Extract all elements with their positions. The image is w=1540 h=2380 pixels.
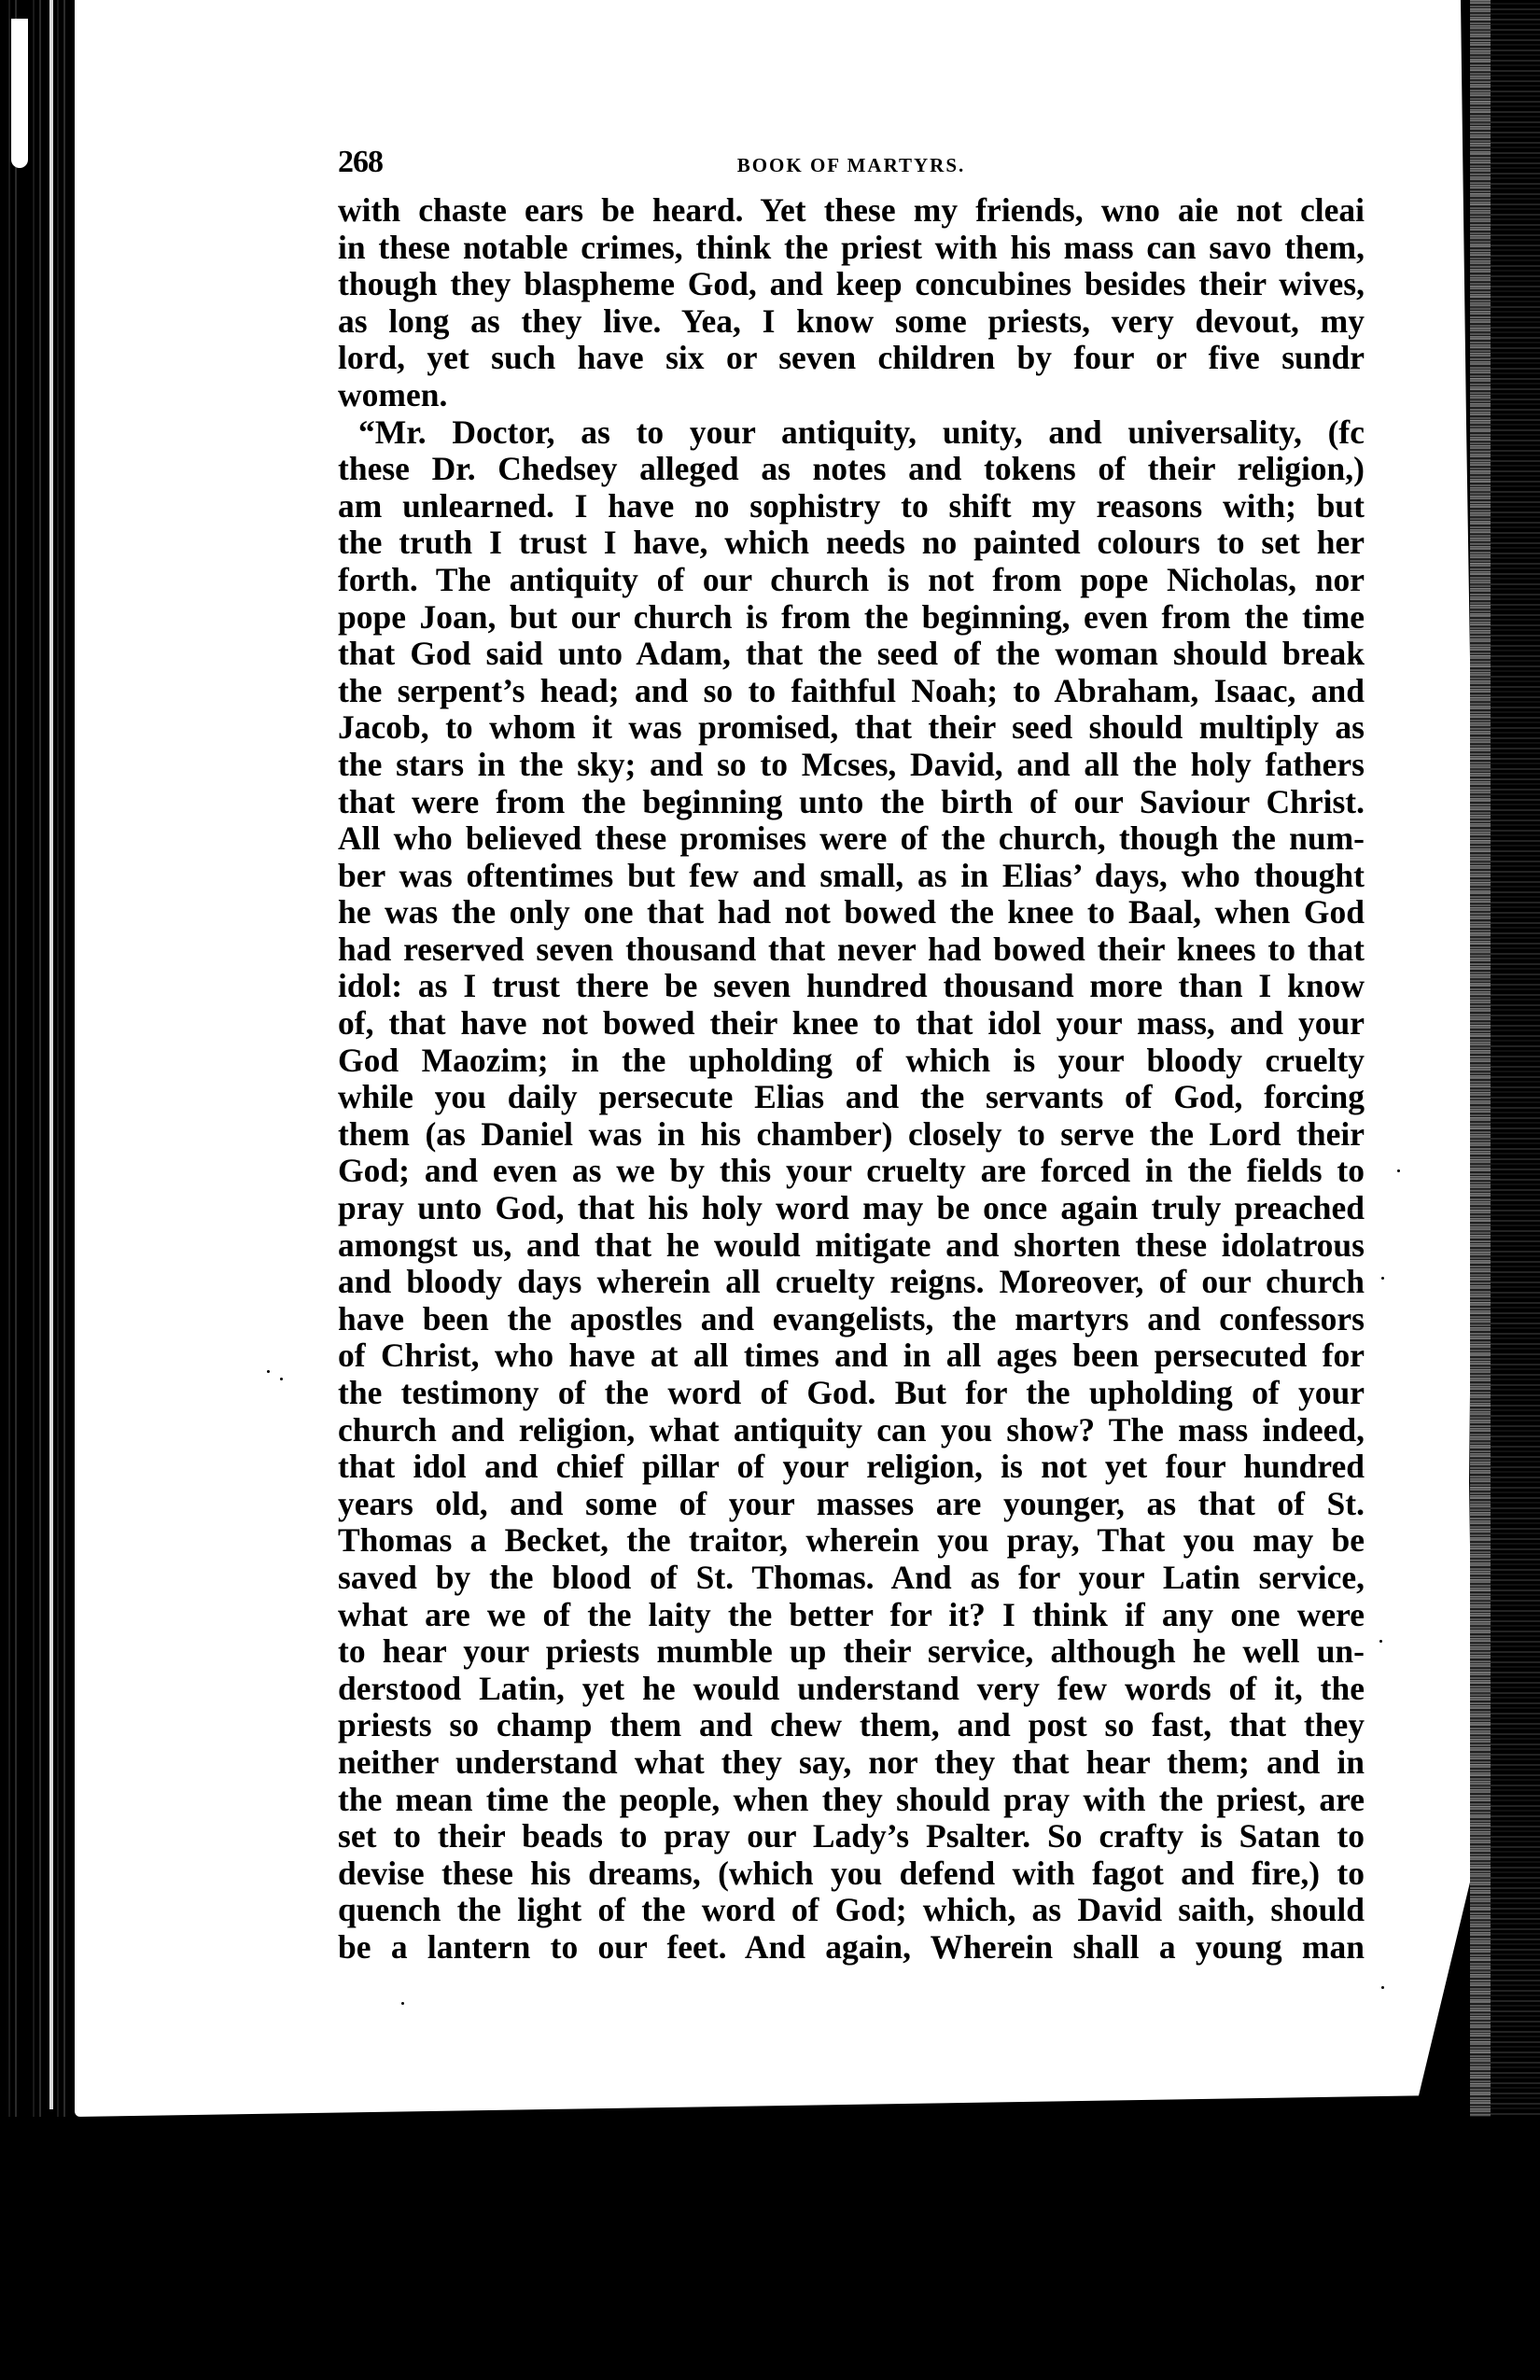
text-line: though they blaspheme God, and keep conc… <box>338 266 1365 303</box>
scan-speck <box>1397 1169 1400 1172</box>
running-title: BOOK OF MARTYRS. <box>338 154 1365 177</box>
scan-bottom-border <box>0 2117 1540 2380</box>
scan-speck <box>1381 1277 1384 1280</box>
text-line: Jacob, to whom it was promised, that the… <box>338 709 1365 747</box>
text-line: that idol and chief pillar of your relig… <box>338 1449 1365 1486</box>
text-line: the truth I trust I have, which needs no… <box>338 525 1365 562</box>
text-line: what are we of the laity the better for … <box>338 1597 1365 1634</box>
text-line: to hear your priests mumble up their ser… <box>338 1633 1365 1671</box>
book-binding-edge <box>0 0 73 2119</box>
binding-gutter-line <box>49 0 53 2109</box>
text-line: pray unto God, that his holy word may be… <box>338 1190 1365 1227</box>
text-line: as long as they live. Yea, I know some p… <box>338 303 1365 341</box>
text-line: he was the only one that had not bowed t… <box>338 894 1365 931</box>
text-line: pope Joan, but our church is from the be… <box>338 599 1365 637</box>
text-line: years old, and some of your masses are y… <box>338 1486 1365 1523</box>
text-line: the testimony of the word of God. But fo… <box>338 1375 1365 1412</box>
text-line: devise these his dreams, (which you defe… <box>338 1855 1365 1893</box>
scan-speck <box>1381 1986 1384 1989</box>
text-line: neither understand what they say, nor th… <box>338 1744 1365 1782</box>
text-line: priests so champ them and chew them, and… <box>338 1707 1365 1744</box>
scan-speck <box>280 1378 283 1380</box>
scan-speck <box>1379 1640 1382 1643</box>
text-line: and bloody days wherein all cruelty reig… <box>338 1264 1365 1301</box>
text-line: forth. The antiquity of our church is no… <box>338 562 1365 599</box>
text-line: the mean time the people, when they shou… <box>338 1782 1365 1819</box>
text-line: while you daily persecute Elias and the … <box>338 1079 1365 1116</box>
text-line: lord, yet such have six or seven childre… <box>338 340 1365 377</box>
text-line: church and religion, what antiquity can … <box>338 1412 1365 1449</box>
text-line: derstood Latin, yet he would understand … <box>338 1671 1365 1708</box>
text-line: the serpent’s head; and so to faithful N… <box>338 673 1365 710</box>
binding-highlight <box>11 19 28 168</box>
text-line: be a lantern to our feet. And again, Whe… <box>338 1929 1365 1967</box>
body-text: with chaste ears be heard. Yet these my … <box>338 192 1365 1967</box>
text-line: All who believed these promises were of … <box>338 820 1365 858</box>
paragraph-start-line: “Mr. Doctor, as to your antiquity, unity… <box>338 414 1365 452</box>
text-line: the stars in the sky; and so to Mcses, D… <box>338 747 1365 784</box>
text-line: of Christ, who have at all times and in … <box>338 1337 1365 1375</box>
text-line: am unlearned. I have no sophistry to shi… <box>338 488 1365 525</box>
text-line: idol: as I trust there be seven hundred … <box>338 968 1365 1005</box>
text-line: had reserved seven thousand that never h… <box>338 931 1365 969</box>
text-line: that were from the beginning unto the bi… <box>338 784 1365 821</box>
scanned-page: 268 BOOK OF MARTYRS. with chaste ears be… <box>0 0 1540 2380</box>
text-line: saved by the blood of St. Thomas. And as… <box>338 1560 1365 1597</box>
text-line: ber was oftentimes but few and small, as… <box>338 858 1365 895</box>
text-line: women. <box>338 377 1365 414</box>
text-line: these Dr. Chedsey alleged as notes and t… <box>338 451 1365 488</box>
text-line: set to their beads to pray our Lady’s Ps… <box>338 1818 1365 1855</box>
text-line: in these notable crimes, think the pries… <box>338 230 1365 267</box>
running-head: 268 BOOK OF MARTYRS. <box>338 145 1365 182</box>
scan-speck <box>401 2002 404 2005</box>
page-right-edge <box>1470 0 1540 2380</box>
text-line: quench the light of the word of God; whi… <box>338 1892 1365 1929</box>
text-line: have been the apostles and evangelists, … <box>338 1301 1365 1338</box>
text-line: with chaste ears be heard. Yet these my … <box>338 192 1365 230</box>
text-line: them (as Daniel was in his chamber) clos… <box>338 1116 1365 1154</box>
text-line: of, that have not bowed their knee to th… <box>338 1005 1365 1043</box>
text-line: amongst us, and that he would mitigate a… <box>338 1227 1365 1265</box>
text-line: that God said unto Adam, that the seed o… <box>338 636 1365 673</box>
text-line: Thomas a Becket, the traitor, wherein yo… <box>338 1522 1365 1560</box>
scan-speck <box>267 1370 270 1373</box>
text-line: God; and even as we by this your cruelty… <box>338 1153 1365 1190</box>
text-line: God Maozim; in the upholding of which is… <box>338 1043 1365 1080</box>
